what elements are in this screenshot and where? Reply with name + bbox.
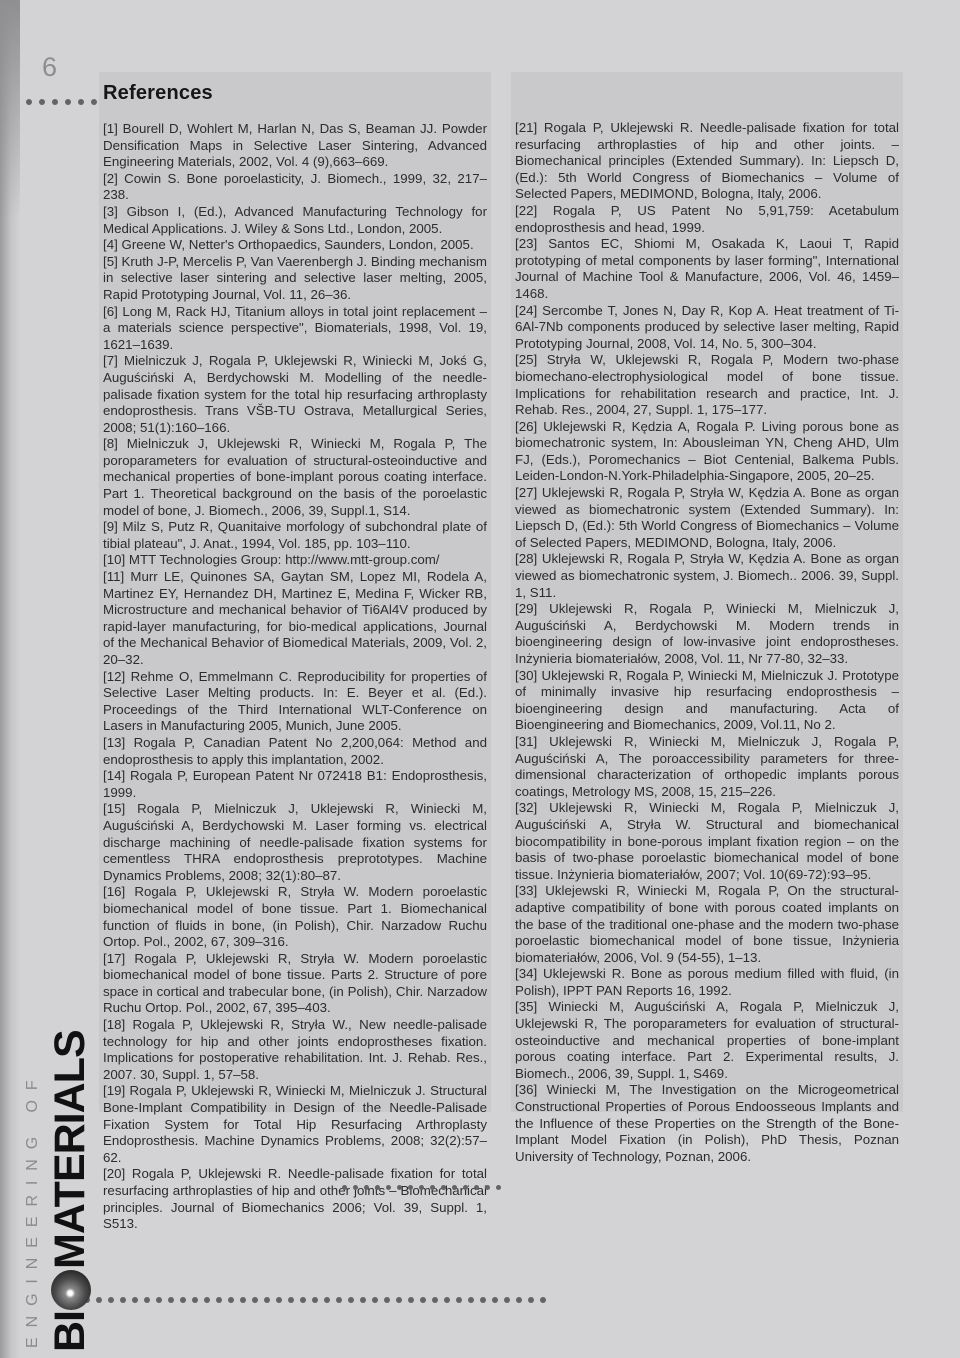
reference-entry: [32] Uklejewski R, Winiecki M, Rogala P,… bbox=[515, 800, 899, 883]
journal-page: 6 References [1] Bourell D, Wohlert M, H… bbox=[0, 0, 960, 1358]
dot bbox=[348, 1297, 354, 1303]
dot bbox=[240, 1297, 246, 1303]
reference-entry: [27] Uklejewski R, Rogala P, Stryła W, K… bbox=[515, 485, 899, 551]
dot bbox=[108, 1297, 114, 1303]
dot bbox=[372, 1297, 378, 1303]
reference-entry: [33] Uklejewski R, Winiecki M, Rogala P,… bbox=[515, 883, 899, 966]
dot bbox=[364, 1185, 369, 1190]
reference-entry: [2] Cowin S. Bone poroelasticity, J. Bio… bbox=[103, 171, 487, 204]
logo-text-bi: BI bbox=[46, 1311, 95, 1352]
dot-row-bottom bbox=[72, 1297, 546, 1303]
journal-logo-biomaterials: BI MATERIALS bbox=[46, 1030, 95, 1352]
reference-entry: [12] Rehme O, Emmelmann C. Reproducibili… bbox=[103, 669, 487, 735]
dot bbox=[480, 1297, 486, 1303]
dot bbox=[408, 1185, 413, 1190]
reference-entry: [7] Mielniczuk J, Rogala P, Uklejewski R… bbox=[103, 353, 487, 436]
dot bbox=[420, 1297, 426, 1303]
dot bbox=[26, 99, 32, 105]
dot bbox=[300, 1297, 306, 1303]
reference-entry: [9] Milz S, Putz R, Quanitaive morfology… bbox=[103, 519, 487, 552]
references-panel-left: References [1] Bourell D, Wohlert M, Har… bbox=[99, 72, 491, 1112]
reference-entry: [28] Uklejewski R, Rogala P, Stryła W, K… bbox=[515, 551, 899, 601]
reference-entry: [10] MTT Technologies Group: http://www.… bbox=[103, 552, 487, 569]
reference-entry: [22] Rogala P, US Patent No 5,91,759: Ac… bbox=[515, 203, 899, 236]
dot bbox=[39, 99, 45, 105]
dot bbox=[65, 99, 71, 105]
references-column-left: [1] Bourell D, Wohlert M, Harlan N, Das … bbox=[103, 121, 487, 1233]
dot bbox=[156, 1297, 162, 1303]
reference-entry: [30] Uklejewski R, Rogala P, Winiecki M,… bbox=[515, 668, 899, 734]
dot-row-middle bbox=[342, 1185, 501, 1190]
dot bbox=[336, 1297, 342, 1303]
logo-text-materials: MATERIALS bbox=[46, 1030, 95, 1269]
dot bbox=[120, 1297, 126, 1303]
dot bbox=[144, 1297, 150, 1303]
dot bbox=[504, 1297, 510, 1303]
reference-entry: [15] Rogala P, Mielniczuk J, Uklejewski … bbox=[103, 801, 487, 884]
dot bbox=[228, 1297, 234, 1303]
reference-entry: [3] Gibson I, (Ed.), Advanced Manufactur… bbox=[103, 204, 487, 237]
reference-entry: [16] Rogala P, Uklejewski R, Stryła W. M… bbox=[103, 884, 487, 950]
reference-entry: [19] Rogala P, Uklejewski R, Winiecki M,… bbox=[103, 1083, 487, 1166]
reference-entry: [13] Rogala P, Canadian Patent No 2,200,… bbox=[103, 735, 487, 768]
reference-entry: [17] Rogala P, Uklejewski R, Stryła W. M… bbox=[103, 951, 487, 1017]
dot bbox=[474, 1185, 479, 1190]
dot bbox=[96, 1297, 102, 1303]
dot bbox=[52, 99, 58, 105]
page-number: 6 bbox=[42, 52, 57, 83]
dot bbox=[168, 1297, 174, 1303]
dot bbox=[264, 1297, 270, 1303]
dot bbox=[430, 1185, 435, 1190]
dot bbox=[463, 1185, 468, 1190]
reference-entry: [5] Kruth J-P, Mercelis P, Van Vaerenber… bbox=[103, 254, 487, 304]
reference-entry: [14] Rogala P, European Patent Nr 072418… bbox=[103, 768, 487, 801]
dot bbox=[276, 1297, 282, 1303]
dot bbox=[386, 1185, 391, 1190]
dot bbox=[342, 1185, 347, 1190]
reference-entry: [34] Uklejewski R. Bone as porous medium… bbox=[515, 966, 899, 999]
dot bbox=[204, 1297, 210, 1303]
reference-entry: [20] Rogala P, Uklejewski R. Needle-pali… bbox=[103, 1166, 487, 1232]
dot bbox=[408, 1297, 414, 1303]
dot bbox=[444, 1297, 450, 1303]
dot bbox=[496, 1185, 501, 1190]
reference-entry: [1] Bourell D, Wohlert M, Harlan N, Das … bbox=[103, 121, 487, 171]
reference-entry: [36] Winiecki M, The Investigation on th… bbox=[515, 1082, 899, 1165]
dot bbox=[288, 1297, 294, 1303]
reference-entry: [29] Uklejewski R, Rogala P, Winiecki M,… bbox=[515, 601, 899, 667]
dot bbox=[432, 1297, 438, 1303]
dot bbox=[456, 1297, 462, 1303]
dot bbox=[180, 1297, 186, 1303]
references-column-right: [21] Rogala P, Uklejewski R. Needle-pali… bbox=[515, 120, 899, 1165]
dot bbox=[216, 1297, 222, 1303]
dot bbox=[78, 99, 84, 105]
reference-entry: [8] Mielniczuk J, Uklejewski R, Winiecki… bbox=[103, 436, 487, 519]
dot bbox=[485, 1185, 490, 1190]
dot bbox=[528, 1297, 534, 1303]
dot bbox=[419, 1185, 424, 1190]
dot bbox=[384, 1297, 390, 1303]
reference-entry: [4] Greene W, Netter's Orthopaedics, Sau… bbox=[103, 237, 487, 254]
reference-entry: [24] Sercombe T, Jones N, Day R, Kop A. … bbox=[515, 303, 899, 353]
reference-entry: [6] Long M, Rack HJ, Titanium alloys in … bbox=[103, 304, 487, 354]
dot bbox=[252, 1297, 258, 1303]
dot bbox=[353, 1185, 358, 1190]
reference-entry: [26] Uklejewski R, Kędzia A, Rogala P. L… bbox=[515, 419, 899, 485]
reference-entry: [25] Stryła W, Uklejewski R, Rogala P, M… bbox=[515, 352, 899, 418]
dot-row-top bbox=[26, 99, 110, 105]
reference-entry: [23] Santos EC, Shiomi M, Osakada K, Lao… bbox=[515, 236, 899, 302]
dot bbox=[516, 1297, 522, 1303]
references-title: References bbox=[103, 82, 487, 105]
reference-entry: [18] Rogala P, Uklejewski R, Stryła W., … bbox=[103, 1017, 487, 1083]
dot bbox=[312, 1297, 318, 1303]
dot bbox=[396, 1297, 402, 1303]
reference-entry: [31] Uklejewski R, Winiecki M, Mielniczu… bbox=[515, 734, 899, 800]
dot bbox=[324, 1297, 330, 1303]
dot bbox=[132, 1297, 138, 1303]
dot bbox=[492, 1297, 498, 1303]
references-panel-right: [21] Rogala P, Uklejewski R. Needle-pali… bbox=[511, 72, 903, 1112]
dot bbox=[360, 1297, 366, 1303]
dot bbox=[540, 1297, 546, 1303]
dot bbox=[91, 99, 97, 105]
dot bbox=[375, 1185, 380, 1190]
journal-name-engineering-of: ENGINEERING OF bbox=[24, 1070, 42, 1348]
reference-entry: [11] Murr LE, Quinones SA, Gaytan SM, Lo… bbox=[103, 569, 487, 669]
page-edge-gradient-top bbox=[0, 0, 20, 220]
dot bbox=[452, 1185, 457, 1190]
globe-icon bbox=[51, 1270, 91, 1310]
reference-entry: [21] Rogala P, Uklejewski R. Needle-pali… bbox=[515, 120, 899, 203]
dot bbox=[397, 1185, 402, 1190]
dot bbox=[192, 1297, 198, 1303]
dot bbox=[468, 1297, 474, 1303]
reference-entry: [35] Winiecki M, Auguściński A, Rogala P… bbox=[515, 999, 899, 1082]
dot bbox=[441, 1185, 446, 1190]
